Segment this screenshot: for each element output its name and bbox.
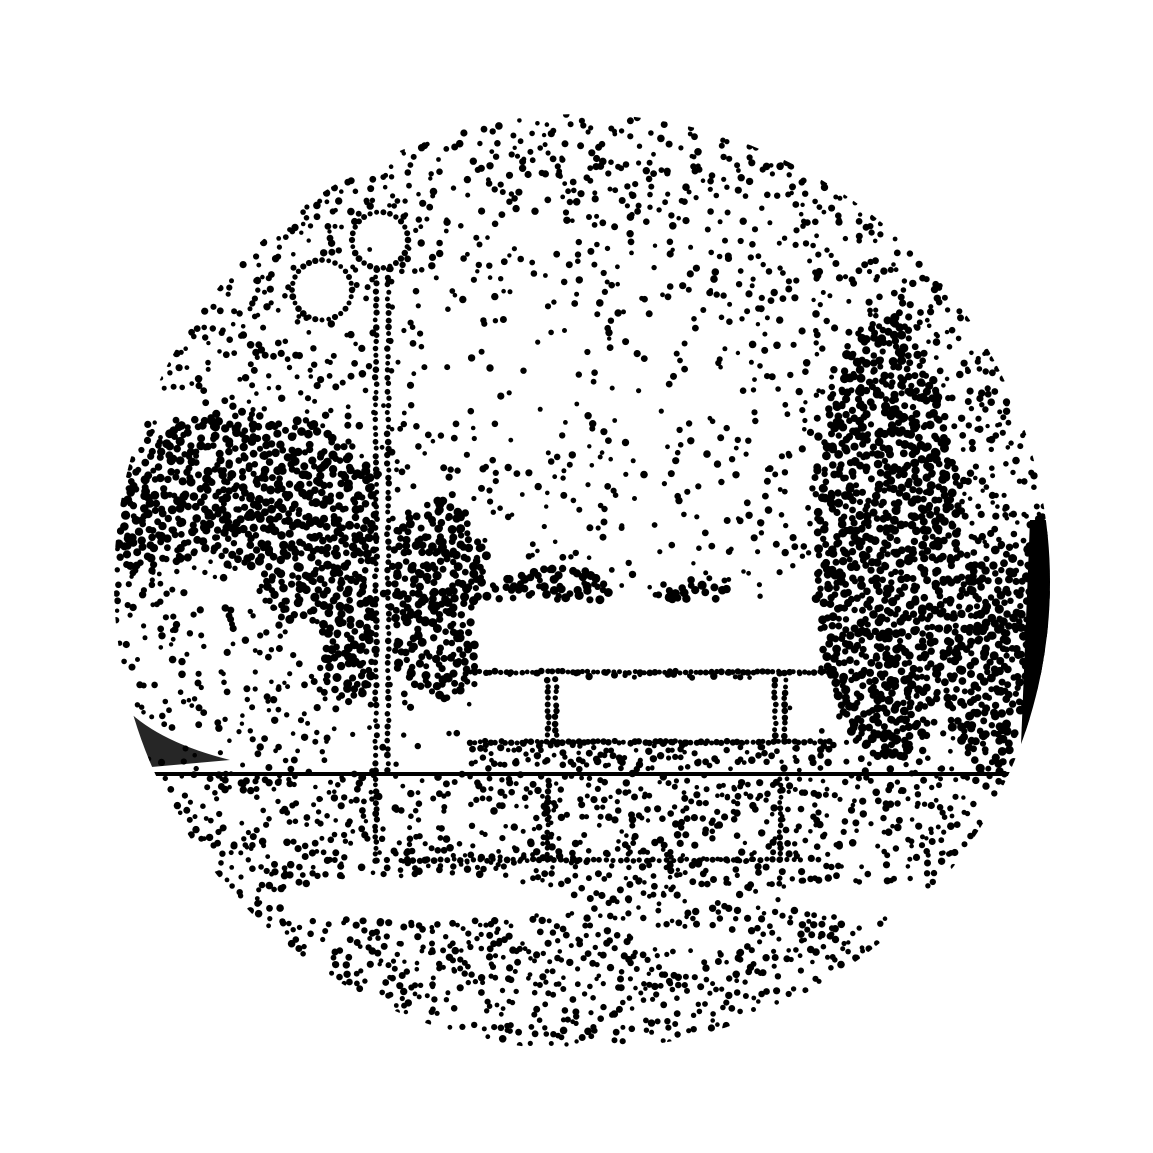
horizon-line (100, 772, 1060, 776)
left-edge-shadow (118, 700, 230, 770)
stipple-illustration (0, 0, 1153, 1153)
stipple-dots (113, 111, 1052, 1048)
